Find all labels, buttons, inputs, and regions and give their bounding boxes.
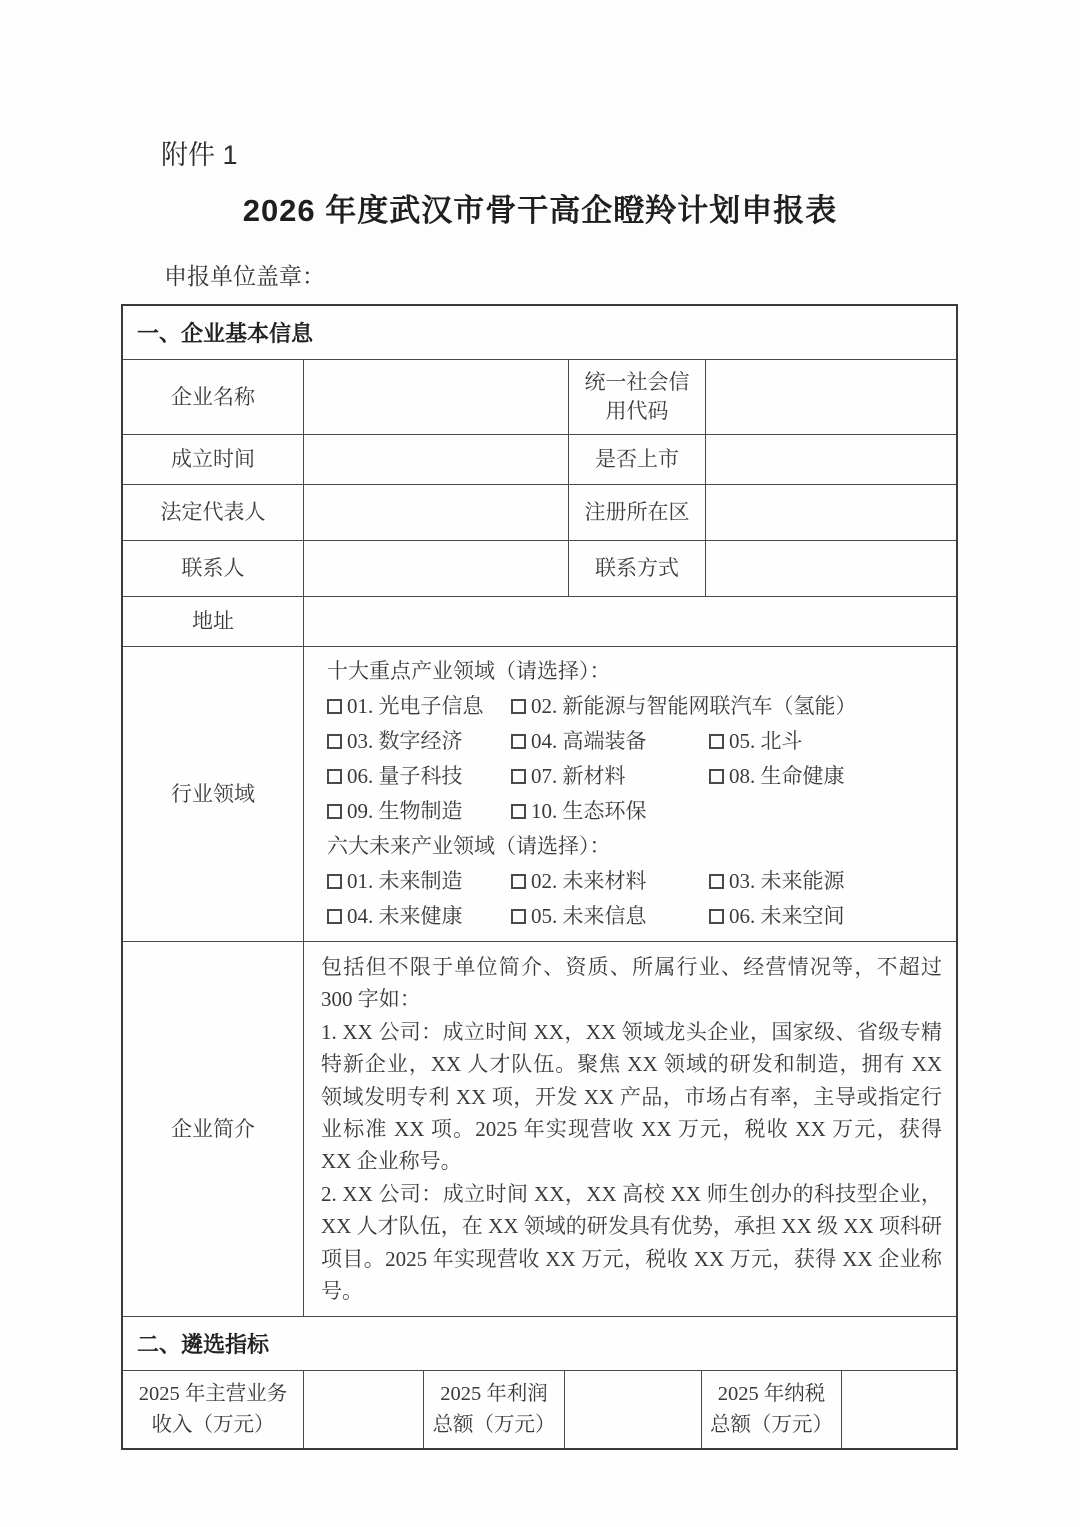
establish-date-row: 成立时间 是否上市 bbox=[123, 434, 956, 484]
key-industries-group-title: 十大重点产业领域（请选择）： bbox=[327, 654, 946, 689]
industry-field-label: 行业领域 bbox=[123, 647, 304, 941]
future-option-03[interactable]: 03. 未来能源 bbox=[709, 864, 845, 899]
industry-option-label: 05. 北斗 bbox=[729, 729, 803, 753]
application-form-table: 一、企业基本信息 企业名称 统一社会信用代码 成立时间 是否上市 法定代表人 注… bbox=[121, 304, 958, 1450]
address-row: 地址 bbox=[123, 596, 956, 646]
industry-option-label: 05. 未来信息 bbox=[531, 904, 647, 928]
attachment-label: 附件 1 bbox=[161, 133, 238, 172]
company-name-value-cell bbox=[304, 360, 569, 434]
industry-option-label: 02. 未来材料 bbox=[531, 869, 647, 893]
industry-options-line: 04. 未来健康05. 未来信息06. 未来空间 bbox=[327, 899, 946, 934]
checkbox-icon[interactable] bbox=[327, 769, 342, 784]
industry-option-label: 03. 数字经济 bbox=[347, 729, 463, 753]
tax-2025-value-cell bbox=[842, 1371, 956, 1448]
industry-option-09[interactable]: 09. 生物制造 bbox=[327, 794, 511, 829]
checkbox-icon[interactable] bbox=[327, 734, 342, 749]
credit-code-value-cell bbox=[706, 360, 956, 434]
checkbox-icon[interactable] bbox=[511, 874, 526, 889]
industry-options-line: 01. 光电子信息02. 新能源与智能网联汽车（氢能） bbox=[327, 689, 946, 724]
form-title: 2026 年度武汉市骨干高企瞪羚计划申报表 bbox=[0, 185, 1080, 230]
registered-district-label: 注册所在区 bbox=[569, 485, 706, 540]
registered-district-value-cell bbox=[706, 485, 956, 540]
seal-instruction-label: 申报单位盖章： bbox=[164, 258, 325, 291]
checkbox-icon[interactable] bbox=[709, 734, 724, 749]
company-profile-label: 企业简介 bbox=[123, 942, 304, 1316]
address-value-cell bbox=[304, 597, 956, 646]
contact-method-label: 联系方式 bbox=[569, 541, 706, 596]
checkbox-icon[interactable] bbox=[709, 874, 724, 889]
checkbox-icon[interactable] bbox=[511, 769, 526, 784]
checkbox-icon[interactable] bbox=[327, 699, 342, 714]
credit-code-label: 统一社会信用代码 bbox=[569, 360, 706, 434]
listed-status-value-cell bbox=[706, 435, 956, 484]
industry-option-10[interactable]: 10. 生态环保 bbox=[511, 794, 709, 829]
checkbox-icon[interactable] bbox=[327, 909, 342, 924]
address-label: 地址 bbox=[123, 597, 304, 646]
industry-option-label: 02. 新能源与智能网联汽车（氢能） bbox=[531, 694, 857, 718]
company-profile-text: 包括但不限于单位简介、资质、所属行业、经营情况等，不超过 300 字如： 1. … bbox=[304, 942, 956, 1316]
industry-options-line: 06. 量子科技07. 新材料08. 生命健康 bbox=[327, 759, 946, 794]
industry-options-line: 03. 数字经济04. 高端装备05. 北斗 bbox=[327, 724, 946, 759]
future-option-04[interactable]: 04. 未来健康 bbox=[327, 899, 511, 934]
industry-options-cell: 十大重点产业领域（请选择）： 01. 光电子信息02. 新能源与智能网联汽车（氢… bbox=[304, 647, 956, 941]
revenue-2025-value-cell bbox=[304, 1371, 424, 1448]
document-page: 附件 1 2026 年度武汉市骨干高企瞪羚计划申报表 申报单位盖章： 一、企业基… bbox=[0, 0, 1080, 1527]
company-name-label: 企业名称 bbox=[123, 360, 304, 434]
establish-date-value-cell bbox=[304, 435, 569, 484]
section-heading-selection-metrics: 二、遴选指标 bbox=[123, 1316, 956, 1370]
industry-option-label: 08. 生命健康 bbox=[729, 764, 845, 788]
industry-option-label: 09. 生物制造 bbox=[347, 799, 463, 823]
industry-option-05[interactable]: 05. 北斗 bbox=[709, 724, 803, 759]
listed-status-label: 是否上市 bbox=[569, 435, 706, 484]
checkbox-icon[interactable] bbox=[511, 909, 526, 924]
future-option-06[interactable]: 06. 未来空间 bbox=[709, 899, 845, 934]
industry-option-label: 10. 生态环保 bbox=[531, 799, 647, 823]
establish-date-label: 成立时间 bbox=[123, 435, 304, 484]
industry-options-line: 09. 生物制造10. 生态环保 bbox=[327, 794, 946, 829]
revenue-2025-label: 2025 年主营业务收入（万元） bbox=[123, 1371, 304, 1448]
checkbox-icon[interactable] bbox=[511, 699, 526, 714]
future-industries-group-title: 六大未来产业领域（请选择）： bbox=[327, 829, 946, 864]
profit-2025-value-cell bbox=[565, 1371, 702, 1448]
industry-option-03[interactable]: 03. 数字经济 bbox=[327, 724, 511, 759]
industry-option-label: 07. 新材料 bbox=[531, 764, 626, 788]
checkbox-icon[interactable] bbox=[709, 909, 724, 924]
industry-option-label: 03. 未来能源 bbox=[729, 869, 845, 893]
industry-field-row: 行业领域 十大重点产业领域（请选择）： 01. 光电子信息02. 新能源与智能网… bbox=[123, 646, 956, 941]
industry-options-line: 01. 未来制造02. 未来材料03. 未来能源 bbox=[327, 864, 946, 899]
checkbox-icon[interactable] bbox=[511, 804, 526, 819]
checkbox-icon[interactable] bbox=[511, 734, 526, 749]
industry-option-label: 01. 未来制造 bbox=[347, 869, 463, 893]
checkbox-icon[interactable] bbox=[327, 874, 342, 889]
company-name-row: 企业名称 统一社会信用代码 bbox=[123, 359, 956, 434]
industry-option-label: 04. 未来健康 bbox=[347, 904, 463, 928]
checkbox-icon[interactable] bbox=[327, 804, 342, 819]
future-option-05[interactable]: 05. 未来信息 bbox=[511, 899, 709, 934]
contact-person-row: 联系人 联系方式 bbox=[123, 540, 956, 596]
industry-option-08[interactable]: 08. 生命健康 bbox=[709, 759, 845, 794]
legal-representative-row: 法定代表人 注册所在区 bbox=[123, 484, 956, 540]
industry-option-02[interactable]: 02. 新能源与智能网联汽车（氢能） bbox=[511, 689, 857, 724]
checkbox-icon[interactable] bbox=[709, 769, 724, 784]
legal-representative-label: 法定代表人 bbox=[123, 485, 304, 540]
industry-option-07[interactable]: 07. 新材料 bbox=[511, 759, 709, 794]
metrics-row: 2025 年主营业务收入（万元） 2025 年利润总额（万元） 2025 年纳税… bbox=[123, 1370, 956, 1448]
industry-option-label: 01. 光电子信息 bbox=[347, 694, 484, 718]
industry-option-label: 06. 量子科技 bbox=[347, 764, 463, 788]
contact-method-value-cell bbox=[706, 541, 956, 596]
tax-2025-label: 2025 年纳税总额（万元） bbox=[702, 1371, 842, 1448]
future-option-01[interactable]: 01. 未来制造 bbox=[327, 864, 511, 899]
section-heading-basic-info: 一、企业基本信息 bbox=[123, 306, 956, 359]
industry-option-01[interactable]: 01. 光电子信息 bbox=[327, 689, 511, 724]
industry-option-06[interactable]: 06. 量子科技 bbox=[327, 759, 511, 794]
company-profile-row: 企业简介 包括但不限于单位简介、资质、所属行业、经营情况等，不超过 300 字如… bbox=[123, 941, 956, 1316]
contact-person-value-cell bbox=[304, 541, 569, 596]
legal-representative-value-cell bbox=[304, 485, 569, 540]
industry-option-label: 04. 高端装备 bbox=[531, 729, 647, 753]
industry-option-04[interactable]: 04. 高端装备 bbox=[511, 724, 709, 759]
future-option-02[interactable]: 02. 未来材料 bbox=[511, 864, 709, 899]
industry-option-label: 06. 未来空间 bbox=[729, 904, 845, 928]
contact-person-label: 联系人 bbox=[123, 541, 304, 596]
profit-2025-label: 2025 年利润总额（万元） bbox=[424, 1371, 565, 1448]
